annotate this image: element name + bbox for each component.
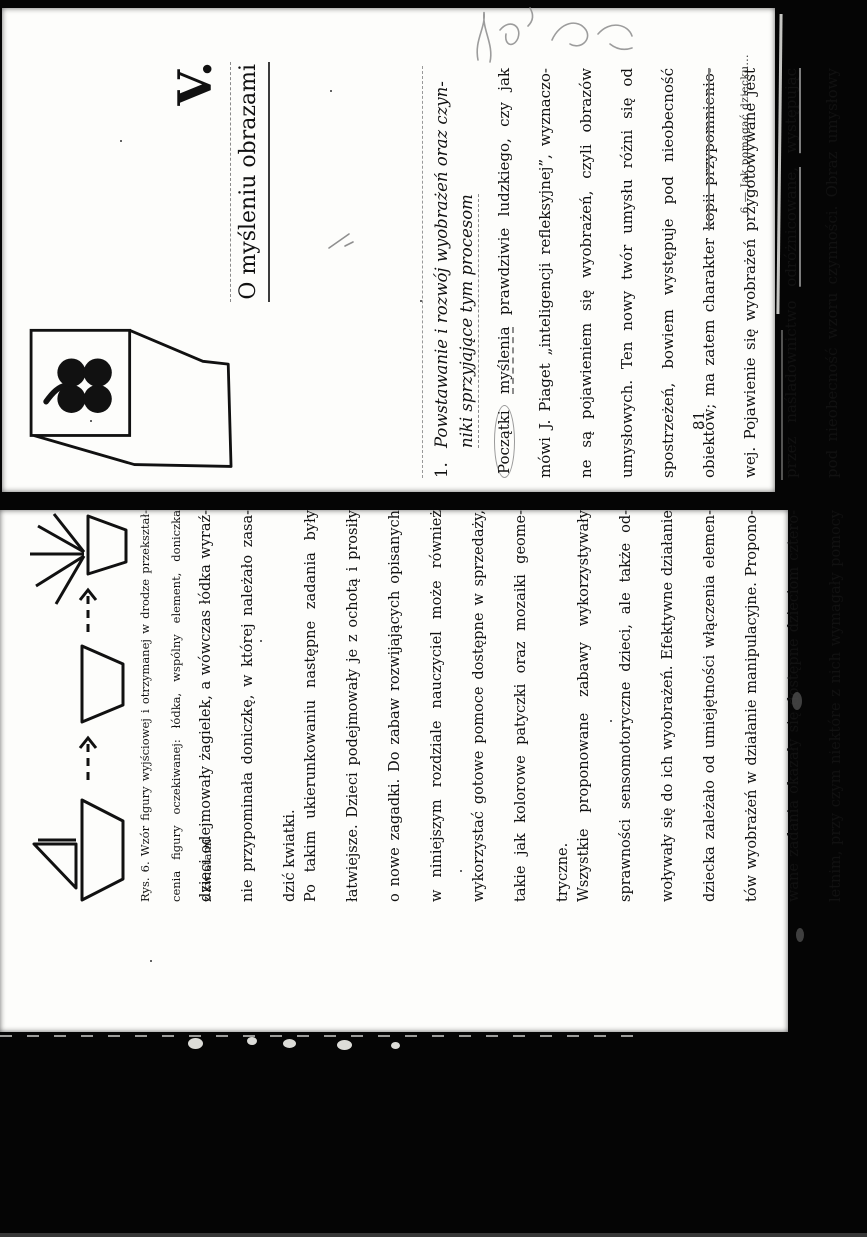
- pencil-scribble: [460, 0, 680, 95]
- chapter-title: O myśleniu obrazami: [230, 62, 270, 302]
- flower-box-figure: [17, 306, 247, 472]
- dust-speck: [460, 870, 462, 872]
- text-line: Rys. 6. Wzór figury wyjściowej i otrzyma…: [138, 510, 169, 902]
- text-line: umysłowych. Ten nowy twór umysłu różni s…: [617, 68, 658, 478]
- dust-speck: [150, 960, 152, 962]
- body-text-left-page: dzieci odejmowały żagielek, a wówczas łó…: [196, 510, 867, 902]
- dust-speck: [420, 300, 422, 302]
- text-line: stanowi pewnego rodzaju zastępnik umysło…: [863, 68, 867, 478]
- scan-smudge: [796, 928, 804, 942]
- text-line: pod nieobecność wzoru czynności. Obraz u…: [822, 68, 863, 478]
- page-edge-highlight: [781, 330, 783, 480]
- text-line: Po takim ukierunkowaniu następne zadania…: [301, 510, 343, 902]
- section-heading: 1. Powstawanie i rozwój wyobrażeń oraz c…: [422, 66, 479, 478]
- page-number: 81: [690, 411, 708, 430]
- body-text-right-page: Początki myślenia prawdziwie ludzkiego, …: [494, 68, 867, 478]
- boat-shape: [34, 800, 123, 900]
- text-line: takie jak kolorowe patyczki oraz mozaiki…: [511, 510, 553, 902]
- paper-edge-glint: [337, 1040, 352, 1050]
- dashed-arrow-icon: [80, 590, 96, 632]
- paper-edge-glint: [247, 1037, 257, 1045]
- dust-speck: [90, 420, 92, 422]
- text-line: letnim, przy czym niektóre z nich wymaga…: [826, 510, 867, 902]
- printer-signature-footer: 6 — Jak pomagać dziecku...: [739, 54, 751, 213]
- text-line: nie przypominała doniczkę, w której nale…: [238, 510, 280, 902]
- text-line: tów wyobrażeń w działanie manipulacyjne.…: [742, 510, 784, 902]
- text-line: dziecka zależało od umiejętności włączen…: [700, 510, 742, 902]
- text-line: Wszystkie proponowane zabawy wykorzystyw…: [574, 510, 616, 902]
- paper-edge-glint: [0, 1035, 640, 1037]
- paper-edge-glint: [283, 1039, 296, 1048]
- paper-edge-glint: [391, 1042, 400, 1049]
- text-line: wane zadania okazały się dostępne dzieci…: [784, 510, 826, 902]
- figure-rys6: [30, 512, 138, 904]
- dust-speck: [120, 140, 122, 142]
- text-line: wykorzystać gotowe pomoce dostępne w spr…: [469, 510, 511, 902]
- scan-smudge: [792, 692, 802, 710]
- text-line: o nowe zagadki. Do zabaw rozwijających o…: [385, 510, 427, 902]
- scanned-book-spread: V. O myśleniu obrazami 1. Powstawanie i …: [0, 0, 867, 1237]
- text-line: Początki myślenia prawdziwie ludzkiego, …: [494, 68, 535, 478]
- dust-speck: [610, 720, 612, 722]
- section-heading-line: Powstawanie i rozwój wyobrażeń oraz czyn…: [429, 66, 454, 448]
- text-line: mówi J. Piaget „inteligencji refleksyjne…: [535, 68, 576, 478]
- text-line: dzieci odejmowały żagielek, a wówczas łó…: [196, 510, 238, 902]
- book-page-left: Rys. 6. Wzór figury wyjściowej i otrzyma…: [0, 510, 788, 1032]
- trapezoid-shape: [82, 646, 123, 722]
- paper-edge-glint: [188, 1038, 203, 1049]
- chapter-number: V.: [168, 60, 222, 106]
- text-line: woływały się do ich wyobrażeń. Efektywne…: [658, 510, 700, 902]
- pencil-tick: [325, 228, 365, 252]
- scanner-edge: [0, 1233, 867, 1237]
- text-line: sprawności sensomotoryczne dzieci, ale t…: [616, 510, 658, 902]
- text-line: tryczne.: [553, 510, 574, 902]
- text-line: przez naśladownictwo odróżnicowane, wyst…: [781, 68, 822, 478]
- text-line: łatwiejsze. Dzieci podejmowały je z ocho…: [343, 510, 385, 902]
- section-heading-line: niki sprzyjające tym procesom: [454, 66, 479, 448]
- section-number: 1.: [429, 462, 454, 478]
- text-line: ne są pojawieniem się wyobrażeń, czyli o…: [576, 68, 617, 478]
- dust-speck: [260, 640, 262, 642]
- flowerpot-with-rays-shape: [30, 514, 126, 604]
- text-line: w niniejszym rozdziale nauczyciel może r…: [427, 510, 469, 902]
- dashed-arrow-icon: [80, 738, 96, 780]
- text-line: dzić kwiatki.: [280, 510, 301, 902]
- dust-speck: [330, 90, 332, 92]
